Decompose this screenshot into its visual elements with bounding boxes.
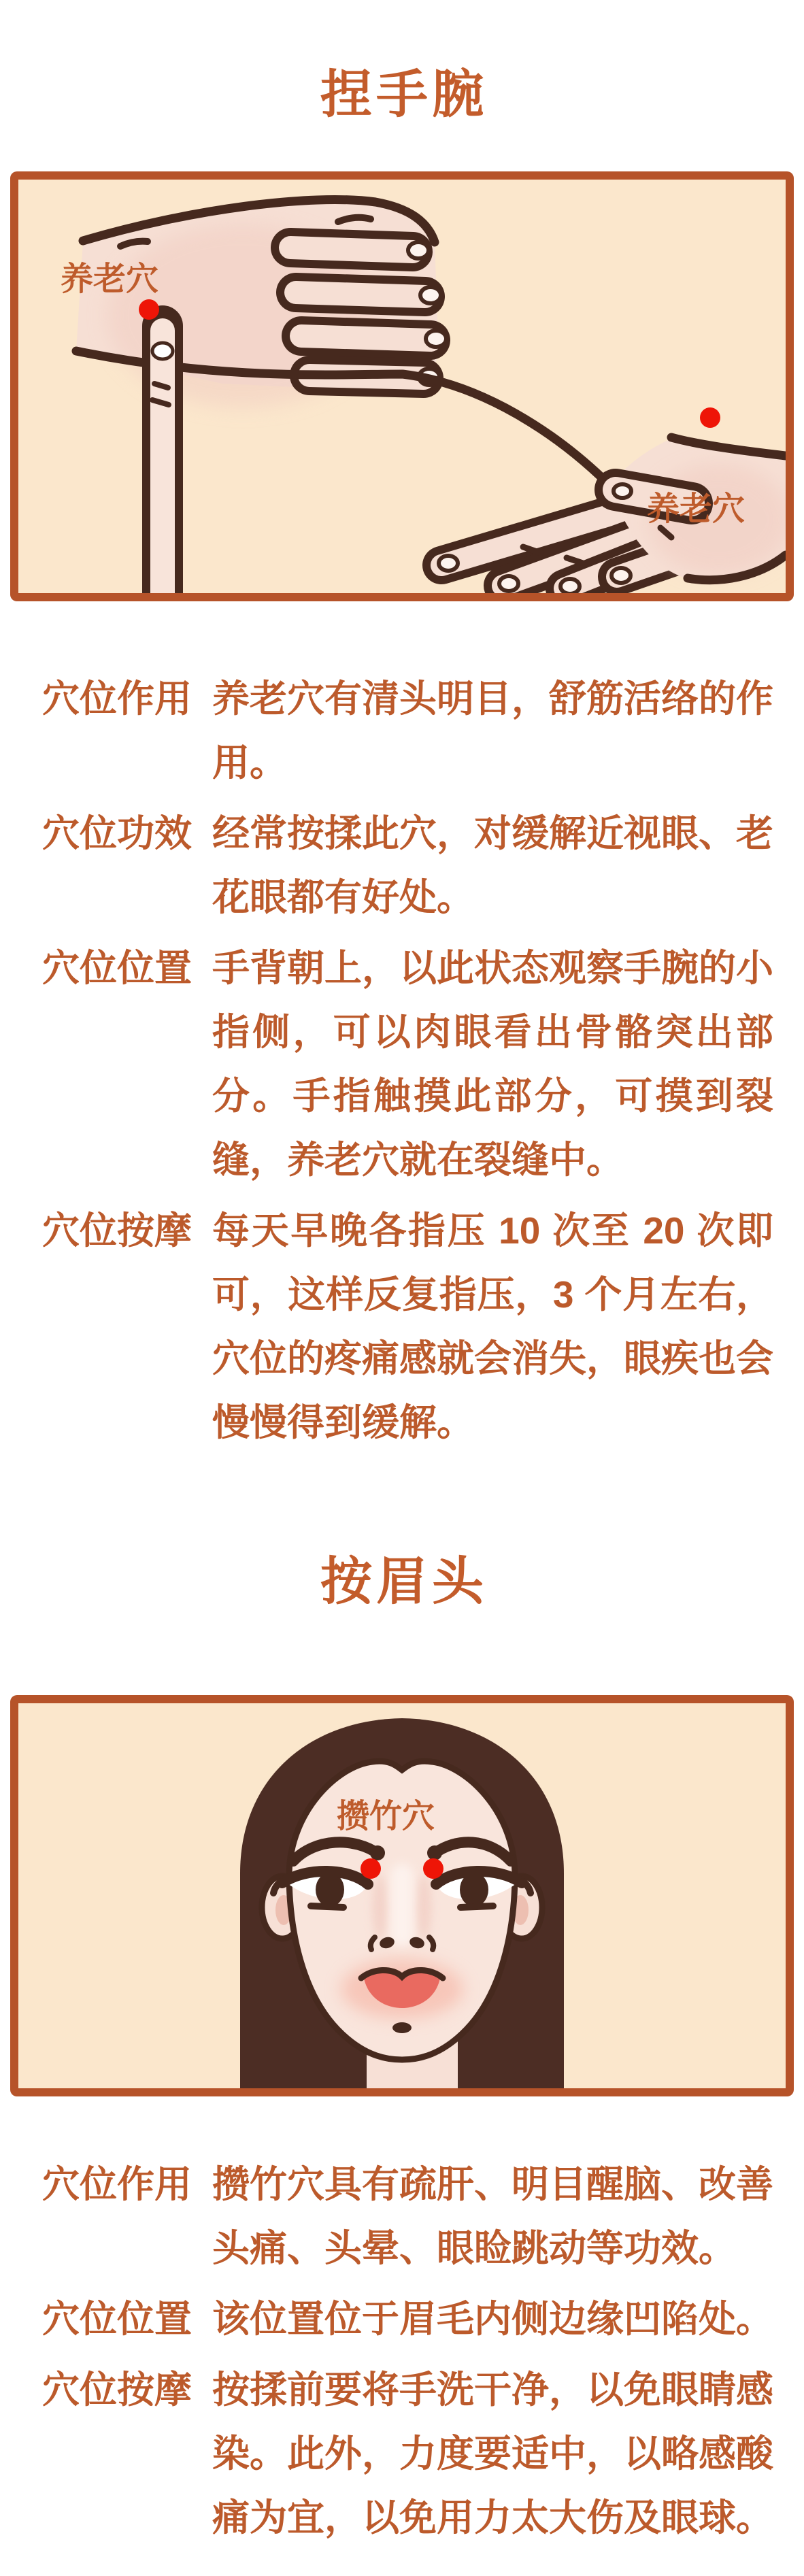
info-text: 该位置位于眉毛内侧边缘凹陷处。 (212, 2287, 773, 2351)
wrist-illustration-panel: 养老穴 养老穴 (10, 171, 794, 601)
acupoint-dot (423, 1858, 443, 1879)
info-item: 穴位按摩 每天早晚各指压 10 次至 20 次即可，这样反复指压，3 个月左右，… (42, 1199, 773, 1454)
brow-info-list: 穴位作用 攒竹穴具有疏肝、明目醒脑、改善头痛、头晕、眼睑跳动等功效。 穴位位置 … (42, 2152, 773, 2549)
info-label: 穴位作用 (42, 667, 193, 794)
chin-crease (392, 2022, 412, 2033)
nose-highlight (390, 1864, 414, 1947)
wrist-hands-illustration: 养老穴 养老穴 (18, 180, 786, 593)
acupoint-label: 养老穴 (61, 261, 158, 297)
info-label: 穴位功效 (42, 801, 193, 929)
acupoint-label: 养老穴 (647, 491, 745, 527)
section-brow-title: 按眉头 (0, 1555, 804, 1609)
info-text: 攒竹穴具有疏肝、明目醒脑、改善头痛、头晕、眼睑跳动等功效。 (212, 2152, 773, 2280)
info-text: 养老穴有清头明目，舒筋活络的作用。 (212, 667, 773, 794)
acupoint-dot (139, 299, 159, 320)
info-text: 经常按揉此穴，对缓解近视眼、老花眼都有好处。 (212, 801, 773, 929)
acupressure-infographic: 捏手腕 (0, 0, 804, 2576)
info-item: 穴位作用 攒竹穴具有疏肝、明目醒脑、改善头痛、头晕、眼睑跳动等功效。 (42, 2152, 773, 2280)
brow-illustration-panel: 攒竹穴 (10, 1695, 794, 2096)
info-item: 穴位功效 经常按揉此穴，对缓解近视眼、老花眼都有好处。 (42, 801, 773, 929)
info-item: 穴位位置 手背朝上，以此状态观察手腕的小指侧，可以肉眼看出骨骼突出部分。手指触摸… (42, 936, 773, 1192)
section-wrist-title: 捏手腕 (0, 68, 804, 122)
woman-face (240, 1718, 564, 2088)
wrist-info-list: 穴位作用 养老穴有清头明目，舒筋活络的作用。 穴位功效 经常按揉此穴，对缓解近视… (42, 667, 773, 1454)
acupoint-label: 攒竹穴 (337, 1799, 435, 1835)
info-label: 穴位按摩 (42, 1199, 193, 1454)
info-label: 穴位位置 (42, 2287, 193, 2351)
info-label: 穴位按摩 (42, 2358, 193, 2549)
section-brow: 按眉头 (0, 1555, 804, 2549)
acupoint-dot (361, 1858, 381, 1879)
info-text: 每天早晚各指压 10 次至 20 次即可，这样反复指压，3 个月左右，穴位的疼痛… (212, 1199, 773, 1454)
face-illustration: 攒竹穴 (18, 1703, 786, 2088)
acupoint-dot (700, 407, 720, 428)
info-label: 穴位位置 (42, 936, 193, 1192)
info-item: 穴位按摩 按揉前要将手洗干净，以免眼睛感染。此外，力度要适中，以略感酸痛为宜，以… (42, 2358, 773, 2549)
info-text: 按揉前要将手洗干净，以免眼睛感染。此外，力度要适中，以略感酸痛为宜，以免用力太大… (212, 2358, 773, 2549)
info-text: 手背朝上，以此状态观察手腕的小指侧，可以肉眼看出骨骼突出部分。手指触摸此部分，可… (212, 936, 773, 1192)
info-item: 穴位作用 养老穴有清头明目，舒筋活络的作用。 (42, 667, 773, 794)
info-item: 穴位位置 该位置位于眉毛内侧边缘凹陷处。 (42, 2287, 773, 2351)
info-label: 穴位作用 (42, 2152, 193, 2280)
pointing-finger (152, 326, 173, 593)
section-wrist: 捏手腕 (0, 68, 804, 1454)
